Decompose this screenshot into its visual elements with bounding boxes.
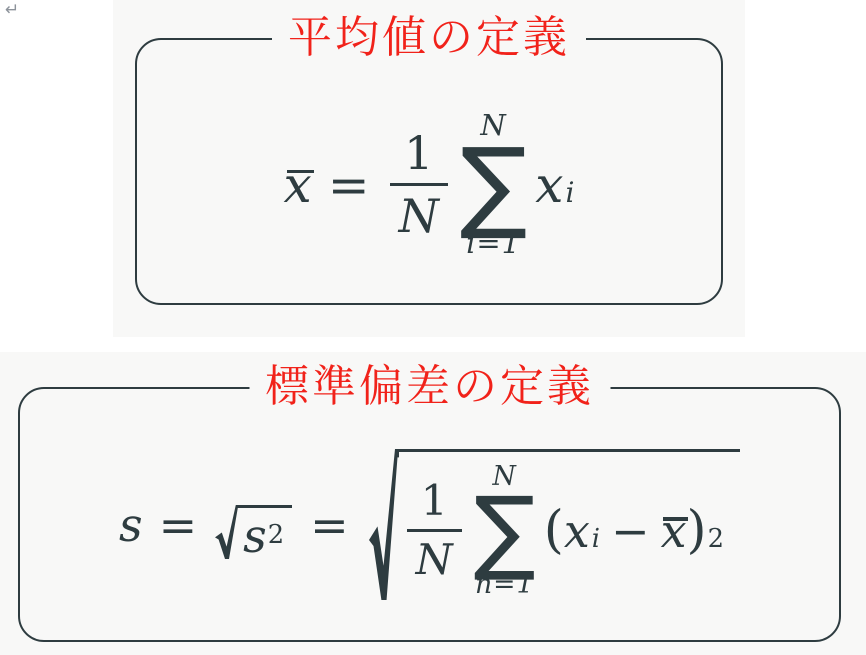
- close-paren: ): [687, 505, 707, 557]
- xbar-term: x: [284, 160, 312, 210]
- sqrt-s-squared: s2: [215, 505, 292, 559]
- summation-operator: N ∑ n=1: [474, 462, 536, 601]
- inner-s-exponent: 2: [268, 523, 284, 549]
- s-squared-radicand: s2: [239, 505, 292, 559]
- variance-radicand: 1 N N ∑ n=1 (xi−x)2: [399, 449, 740, 601]
- x-variable: x: [535, 160, 563, 210]
- page: { "page": { "return_symbol": "↵" }, "col…: [0, 0, 866, 655]
- std-definition-box: 標準偏差の定義 s = s2 = 1 N: [18, 387, 841, 642]
- mean-definition-panel: 平均値の定義 x = 1 N N ∑ i=1 xi: [113, 0, 745, 337]
- inner-s-variable: s: [243, 513, 267, 559]
- xbar-term: x: [661, 508, 687, 554]
- equals-sign-2: =: [310, 502, 349, 548]
- sum-lower-limit: n=1: [475, 570, 535, 601]
- return-icon: ↵: [5, 2, 19, 19]
- fraction-denominator: N: [407, 529, 462, 582]
- equals-sign: =: [328, 160, 370, 210]
- radical-sign-icon: [369, 449, 399, 601]
- i-subscript: i: [592, 527, 600, 553]
- sigma-icon: ∑: [474, 492, 536, 569]
- square-exponent: 2: [708, 527, 724, 553]
- sum-lower-limit: i=1: [466, 227, 521, 260]
- s-variable: s: [119, 502, 143, 548]
- mean-formula: x = 1 N N ∑ i=1 xi: [137, 40, 721, 303]
- fraction-one-over-N: 1 N: [407, 479, 462, 583]
- mean-definition-box: 平均値の定義 x = 1 N N ∑ i=1 xi: [135, 38, 723, 305]
- radical-sign-icon: [215, 505, 239, 559]
- minus-sign: −: [611, 508, 650, 554]
- std-definition-panel: 標準偏差の定義 s = s2 = 1 N: [0, 352, 866, 655]
- open-paren: (: [544, 505, 564, 557]
- fraction-numerator: 1: [412, 479, 457, 529]
- fraction-denominator: N: [390, 183, 448, 240]
- sigma-icon: ∑: [460, 143, 527, 227]
- x-variable: x: [564, 508, 590, 554]
- i-subscript: i: [565, 179, 574, 207]
- x-sub-i-term: xi: [535, 160, 574, 210]
- squared-deviation-term: (xi−x)2: [544, 505, 724, 557]
- equals-sign-1: =: [159, 502, 198, 548]
- std-formula: s = s2 = 1 N N: [20, 389, 839, 640]
- summation-operator: N ∑ i=1: [460, 109, 527, 260]
- fraction-one-over-N: 1 N: [390, 129, 448, 241]
- fraction-numerator: 1: [395, 129, 442, 183]
- variance-radical: 1 N N ∑ n=1 (xi−x)2: [369, 449, 740, 601]
